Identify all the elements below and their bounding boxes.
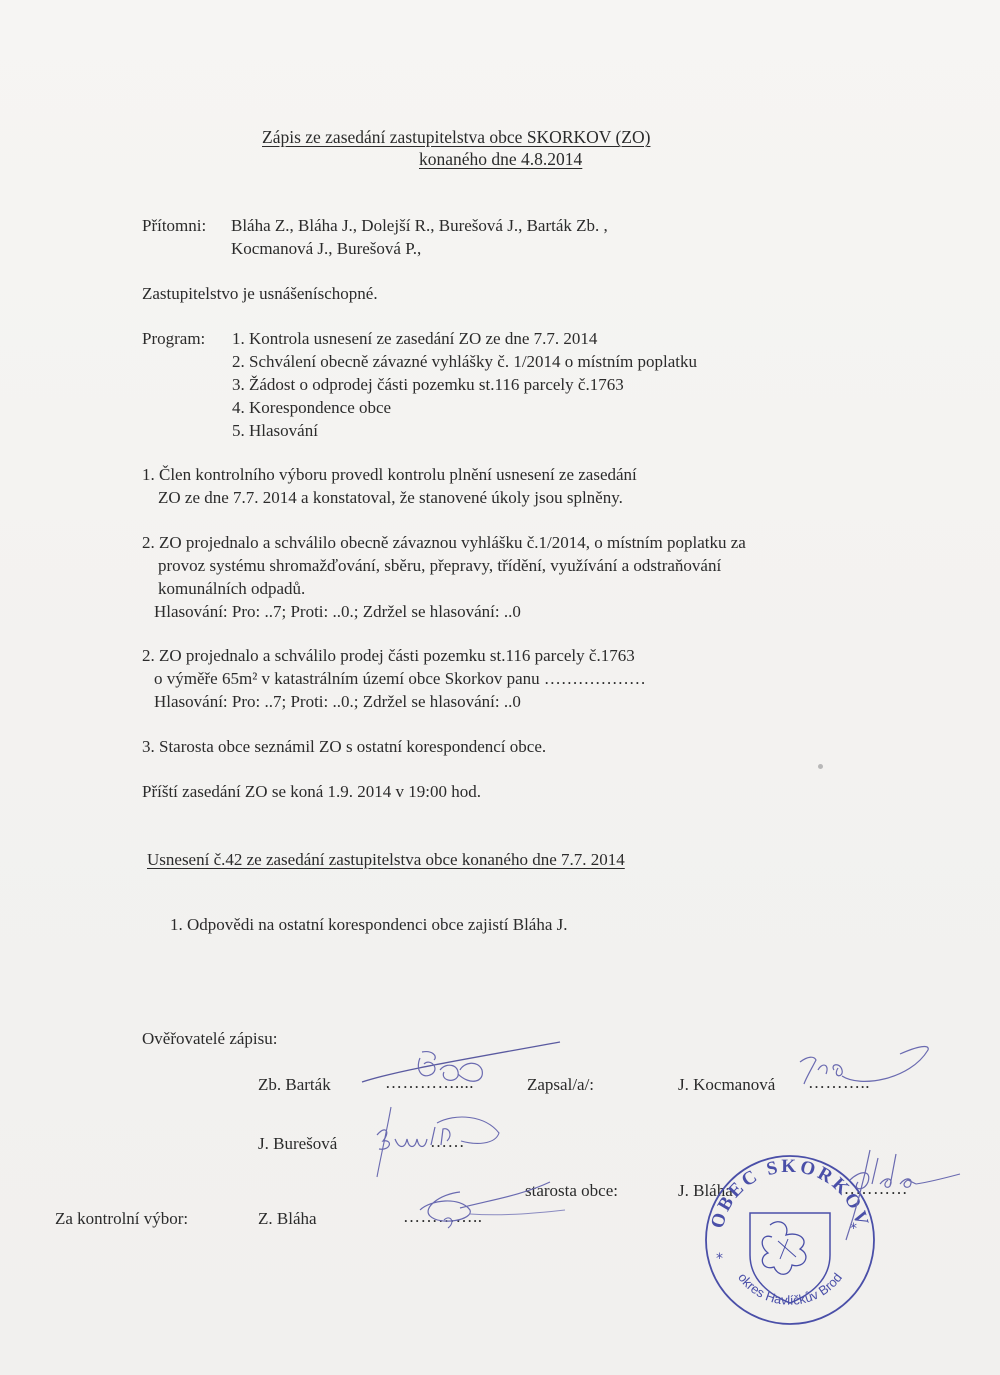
- program-item: 5. Hlasování: [232, 420, 318, 442]
- verifier-1-name: Zb. Barták: [258, 1074, 331, 1096]
- point-4: 3. Starosta obce seznámil ZO s ostatní k…: [142, 736, 546, 758]
- point-2-vote: Hlasování: Pro: ..7; Proti: ..0.; Zdržel…: [154, 601, 521, 623]
- present-list-line2: Kocmanová J., Burešová P.,: [231, 238, 421, 260]
- verifiers-label: Ověřovatelé zápisu:: [142, 1028, 277, 1050]
- document-title: Zápis ze zasedání zastupitelstva obce SK…: [262, 126, 650, 148]
- point-1-line: ZO ze dne 7.7. 2014 a konstatoval, že st…: [158, 487, 623, 509]
- point-3-line: o výměře 65m² v katastrálním území obce …: [154, 668, 646, 690]
- point-2-line: komunálních odpadů.: [158, 578, 305, 600]
- svg-text:*: *: [716, 1251, 723, 1267]
- present-list-line1: Bláha Z., Bláha J., Dolejší R., Burešová…: [231, 215, 608, 237]
- present-label: Přítomni:: [142, 215, 206, 237]
- signature-blaha-j: [820, 1140, 970, 1250]
- signature-bartak: [360, 1030, 570, 1090]
- program-item: 3. Žádost o odprodej části pozemku st.11…: [232, 374, 624, 396]
- document-page: Zápis ze zasedání zastupitelstva obce SK…: [0, 0, 1000, 1375]
- program-item: 1. Kontrola usnesení ze zasedání ZO ze d…: [232, 328, 597, 350]
- resolution-title: Usnesení č.42 ze zasedání zastupitelstva…: [147, 849, 625, 871]
- svg-text:okres Havlíčkův Brod: okres Havlíčkův Brod: [735, 1270, 845, 1308]
- next-meeting: Příští zasedání ZO se koná 1.9. 2014 v 1…: [142, 781, 481, 803]
- document-date: konaného dne 4.8.2014: [419, 148, 582, 170]
- point-1-line: 1. Člen kontrolního výboru provedl kontr…: [142, 464, 637, 486]
- point-3-line: 2. ZO projednalo a schválilo prodej část…: [142, 645, 635, 667]
- recorder-name: J. Kocmanová: [678, 1074, 775, 1096]
- signature-blaha-z: [400, 1170, 570, 1230]
- point-3-vote: Hlasování: Pro: ..7; Proti: ..0.; Zdržel…: [154, 691, 521, 713]
- program-item: 2. Schválení obecně závazné vyhlášky č. …: [232, 351, 697, 373]
- scan-speck: [818, 764, 823, 769]
- verifier-2-name: J. Burešová: [258, 1133, 337, 1155]
- program-item: 4. Korespondence obce: [232, 397, 391, 419]
- quorum-statement: Zastupitelstvo je usnášeníschopné.: [142, 283, 378, 305]
- point-2-line: provoz systému shromažďování, sběru, pře…: [158, 555, 721, 577]
- point-2-line: 2. ZO projednalo a schválilo obecně záva…: [142, 532, 746, 554]
- resolution-item: 1. Odpovědi na ostatní korespondenci obc…: [170, 914, 568, 936]
- program-label: Program:: [142, 328, 205, 350]
- signature-buresova: [365, 1105, 505, 1180]
- control-committee-member: Z. Bláha: [258, 1208, 317, 1230]
- signature-kocmanova: [790, 1040, 940, 1095]
- control-committee-label: Za kontrolní výbor:: [55, 1208, 188, 1230]
